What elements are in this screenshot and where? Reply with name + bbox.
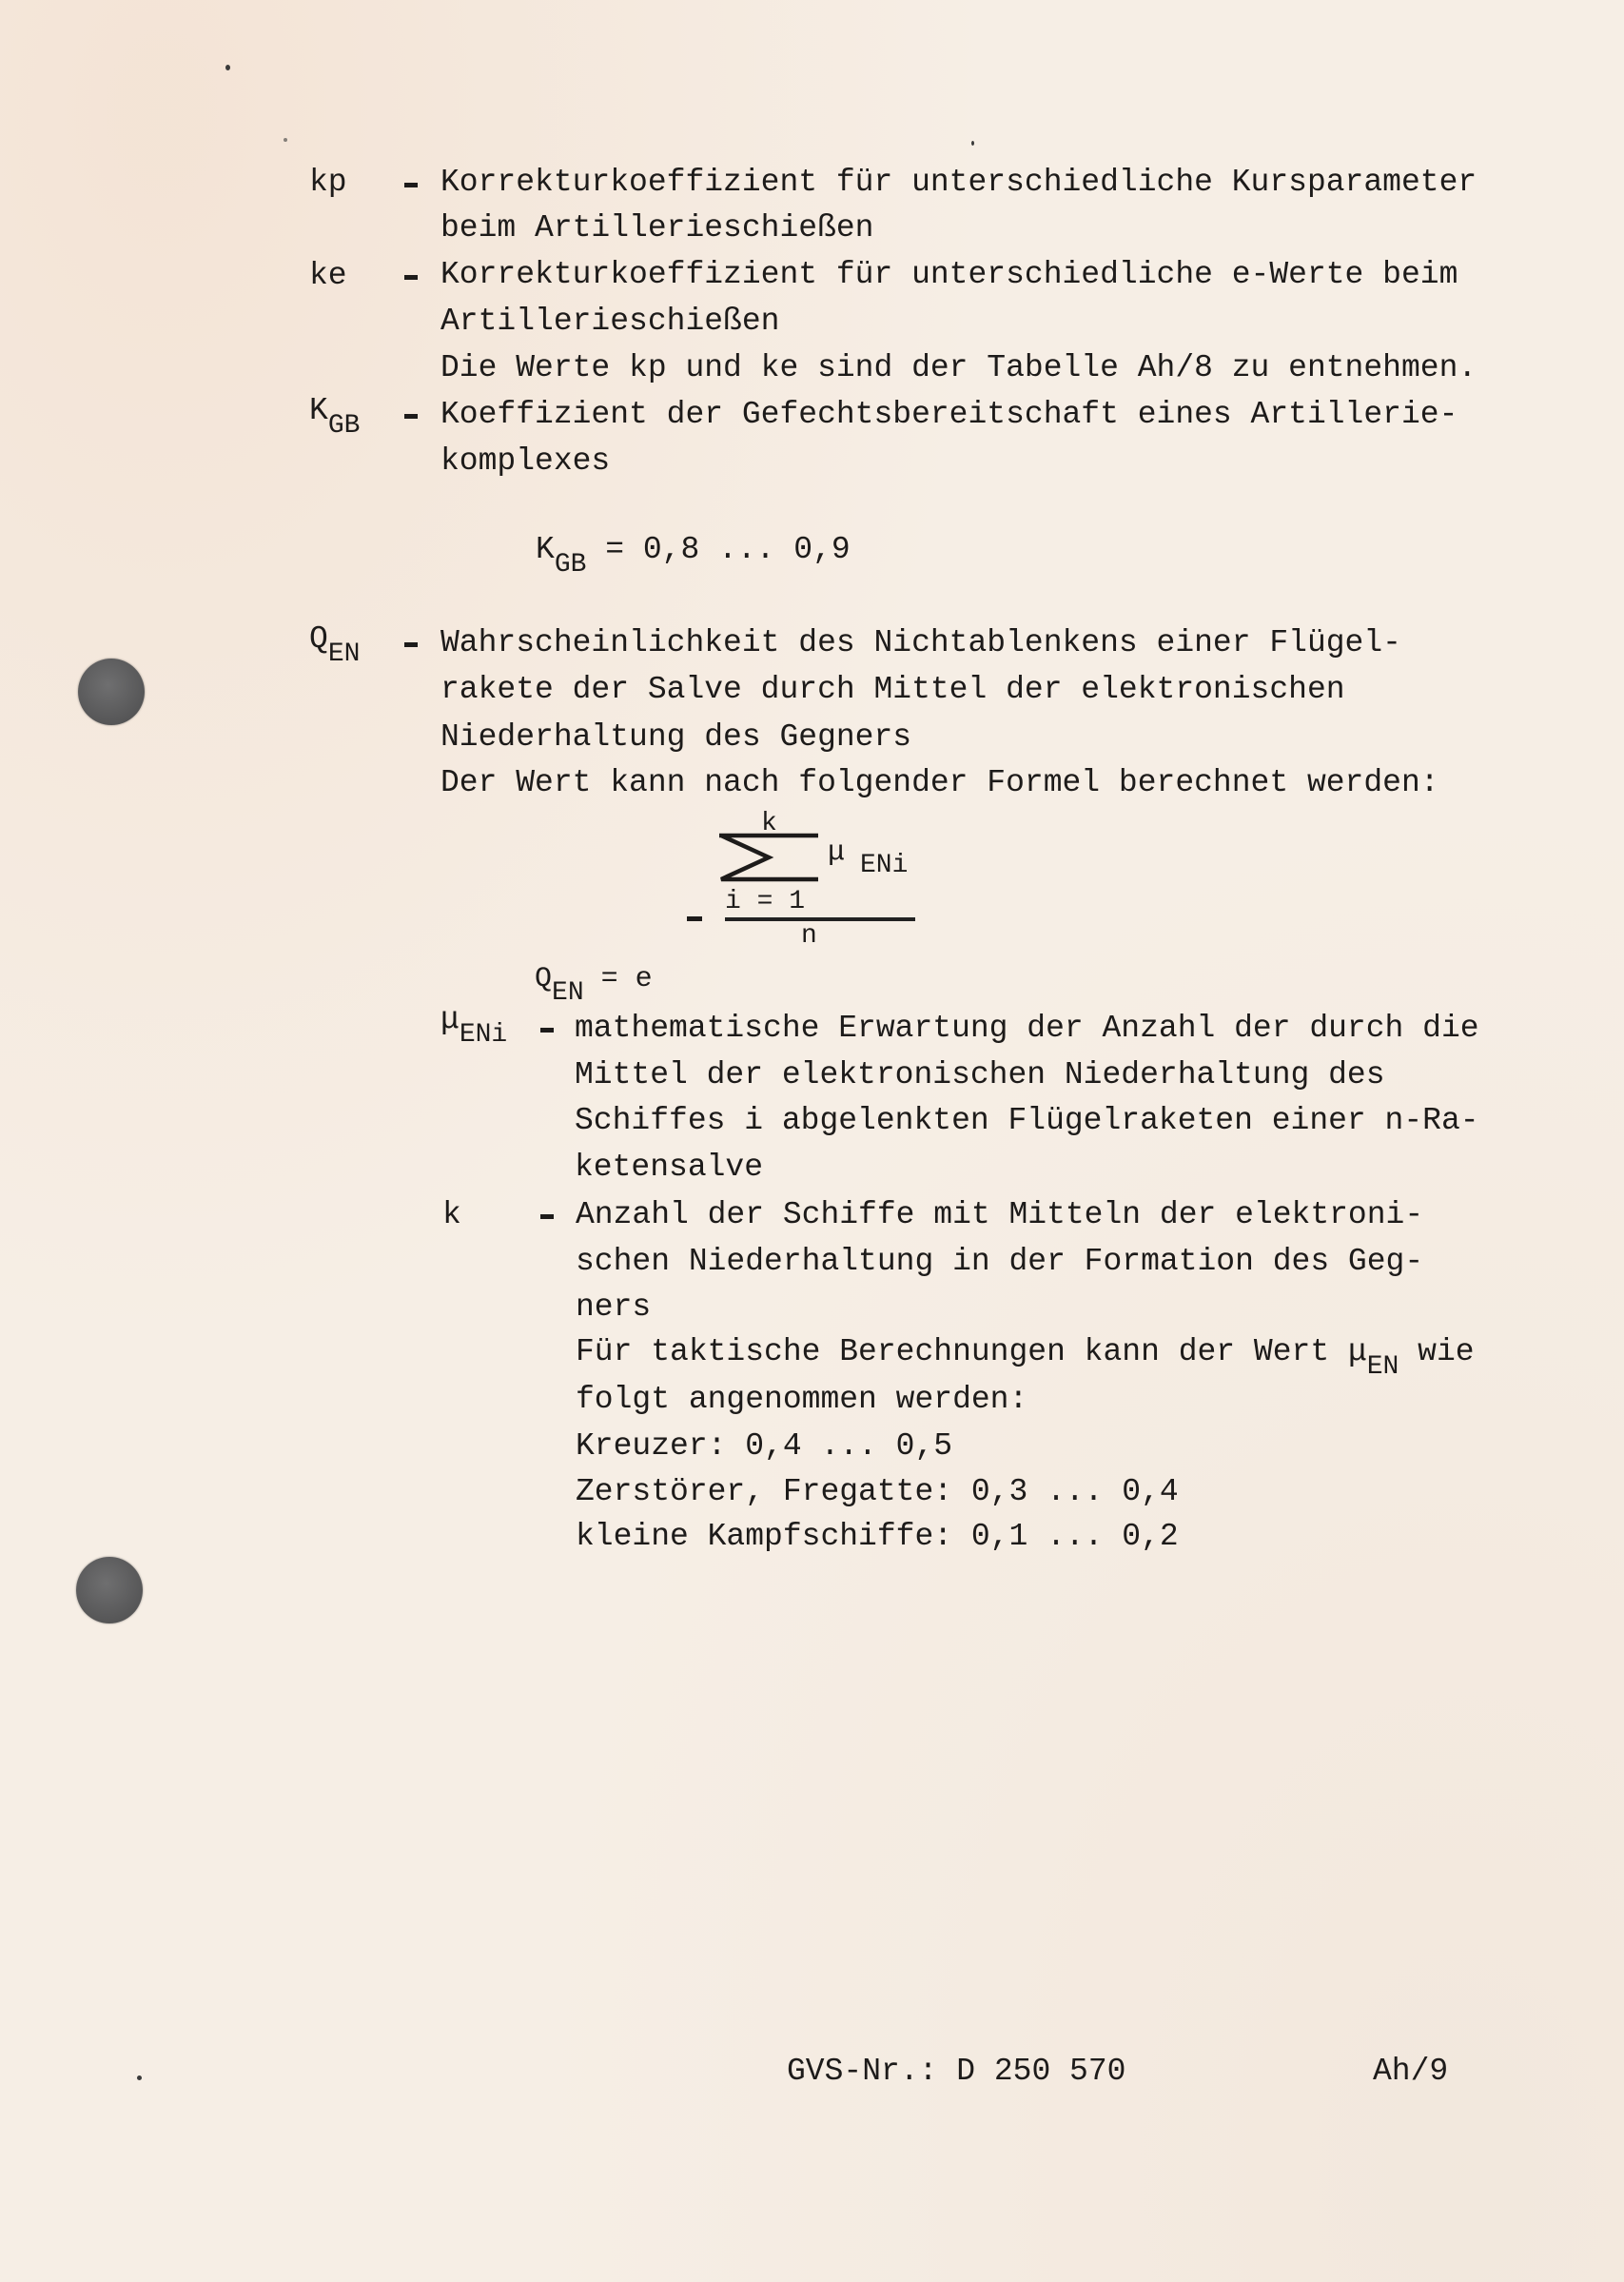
exponent-minus	[687, 916, 702, 921]
formula-symbol: K	[536, 532, 555, 567]
sigma-icon	[715, 832, 822, 883]
dash	[404, 414, 418, 419]
note-text: Für taktische Berechnungen kann der Wert	[576, 1334, 1348, 1369]
dash	[540, 1214, 554, 1219]
page-reference: Ah/9	[1373, 2053, 1448, 2091]
definition-line: mathematische Erwartung der Anzahl der d…	[575, 1010, 1479, 1048]
dash	[540, 1028, 554, 1033]
definition-line: Mittel der elektronischen Niederhaltung …	[575, 1056, 1385, 1094]
value-line-kleine-kampfschiffe: kleine Kampfschiffe: 0,1 ... 0,2	[576, 1518, 1179, 1556]
kgb-formula: KGB = 0,8 ... 0,9	[536, 531, 851, 571]
mu-subscript: EN	[1367, 1352, 1399, 1382]
symbol-main: K	[309, 393, 328, 428]
denominator: n	[801, 917, 817, 955]
definition-line: Die Werte kp und ke sind der Tabelle Ah/…	[440, 349, 1477, 387]
symbol-ke: ke	[309, 257, 347, 295]
definition-line: Wahrscheinlichkeit des Nichtablenkens ei…	[440, 624, 1401, 662]
definition-line: ketensalve	[575, 1149, 763, 1187]
definition-line: schen Niederhaltung in der Formation des…	[576, 1243, 1423, 1281]
definition-line: Schiffes i abgelenkten Flügelraketen ein…	[575, 1102, 1479, 1140]
paper-speck	[284, 138, 287, 142]
dash	[404, 642, 418, 647]
fraction-bar	[725, 917, 915, 921]
formula-rhs: = e	[601, 963, 653, 995]
definition-line: Anzahl der Schiffe mit Mitteln der elekt…	[576, 1196, 1423, 1234]
formula-subscript: GB	[555, 550, 587, 580]
paper-speck	[971, 141, 974, 146]
symbol-mu-eni: μENi	[440, 1001, 507, 1041]
definition-line: Korrekturkoeffizient für unterschiedlich…	[440, 256, 1458, 294]
document-number: GVS-Nr.: D 250 570	[787, 2053, 1125, 2091]
symbol-kp: kp	[309, 164, 347, 202]
formula-rhs: = 0,8 ... 0,9	[605, 532, 850, 567]
definition-line: komplexes	[440, 443, 610, 481]
symbol-subscript: EN	[328, 639, 361, 669]
symbol-main: μ	[440, 1002, 460, 1037]
definition-line: rakete der Salve durch Mittel der elektr…	[440, 671, 1345, 709]
dash	[404, 183, 418, 187]
punch-hole-bottom	[76, 1557, 143, 1623]
note-line: folgt angenommen werden:	[576, 1381, 1027, 1419]
symbol-k: k	[442, 1196, 461, 1234]
definition-line: Der Wert kann nach folgender Formel bere…	[440, 764, 1439, 802]
definition-line: Niederhaltung des Gegners	[440, 718, 911, 757]
definition-line: beim Artillerieschießen	[440, 209, 873, 247]
paper-speck	[225, 65, 230, 70]
formula-lhs: QEN = e	[535, 960, 653, 999]
note-line: Für taktische Berechnungen kann der Wert…	[576, 1333, 1475, 1373]
symbol-qen: QEN	[309, 620, 360, 660]
q-subscript: EN	[552, 978, 584, 1008]
sum-term: μ	[828, 834, 845, 872]
sum-term-subscript: ENi	[860, 847, 908, 885]
value-line-zerstoerer: Zerstörer, Fregatte: 0,3 ... 0,4	[576, 1473, 1179, 1511]
definition-line: ners	[576, 1289, 651, 1327]
note-text: wie	[1399, 1334, 1474, 1369]
dash	[404, 275, 418, 280]
definition-line: Korrekturkoeffizient für unterschiedlich…	[440, 164, 1477, 202]
definition-line: Artillerieschießen	[440, 303, 779, 341]
symbol-subscript: GB	[328, 411, 361, 441]
symbol-kgb: KGB	[309, 392, 360, 432]
value-line-kreuzer: Kreuzer: 0,4 ... 0,5	[576, 1427, 952, 1466]
definition-line: Koeffizient der Gefechtsbereitschaft ein…	[440, 396, 1458, 434]
mu-symbol: μ	[828, 836, 845, 869]
paper-speck	[137, 2075, 142, 2080]
sum-lower-limit: i = 1	[725, 883, 805, 921]
punch-hole-top	[78, 659, 145, 725]
symbol-subscript: ENi	[460, 1020, 507, 1050]
q-symbol: Q	[535, 963, 552, 995]
symbol-main: Q	[309, 621, 328, 657]
mu-symbol: μ	[1348, 1334, 1367, 1369]
